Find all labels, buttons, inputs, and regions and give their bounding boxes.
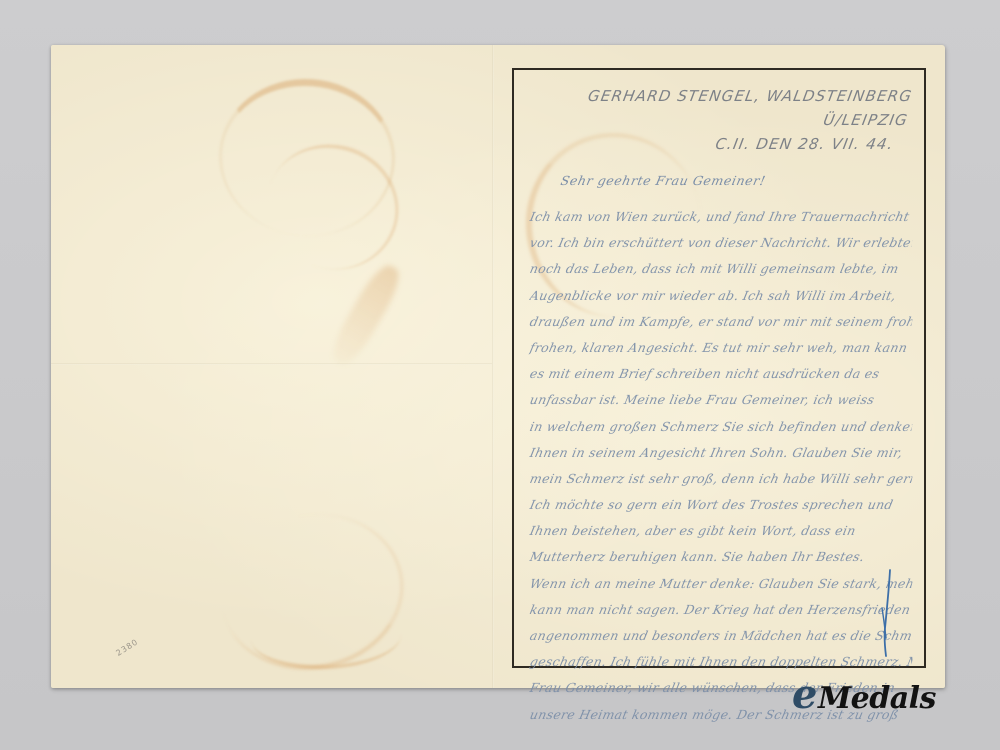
horizontal-fold-crease [51, 363, 492, 365]
body-line: Ihnen in seinem Angesicht Ihren Sohn. Gl… [527, 440, 915, 466]
coffee-stain-ring-inner [249, 126, 416, 288]
body-line: Wenn ich an meine Mutter denke: Glauben … [527, 571, 915, 597]
body-line: Ich kam von Wien zurück, und fand Ihre T… [527, 204, 915, 230]
body-line: vor. Ich bin erschüttert von dieser Nach… [527, 230, 915, 256]
body-line: unfassbar ist. Meine liebe Frau Gemeiner… [527, 387, 915, 413]
blue-pen-check-mark-icon [881, 568, 895, 658]
body-line: mein Schmerz ist sehr groß, denn ich hab… [527, 466, 915, 492]
body-line: Ich möchte so gern ein Wort des Trostes … [527, 492, 915, 518]
body-line: frohen, klaren Angesicht. Es tut mir seh… [527, 335, 915, 361]
stain-lower-ring [207, 498, 418, 687]
body-line: kann man nicht sagen. Der Krieg hat den … [527, 597, 915, 623]
vertical-fold-crease [492, 45, 494, 688]
letter-date: C.II. DEN 28. VII. 44. [508, 132, 896, 156]
pencil-inventory-number: 2380 [114, 637, 139, 658]
body-line: Augenblicke vor mir wieder ab. Ich sah W… [527, 283, 915, 309]
watermark-e: e [792, 675, 817, 715]
coffee-stain-ring [214, 73, 401, 242]
salutation: Sehr geehrte Frau Gemeiner! [556, 166, 916, 204]
letter-body: Sehr geehrte Frau Gemeiner! Ich kam von … [530, 166, 912, 728]
body-line: noch das Leben, dass ich mit Willi gemei… [527, 256, 915, 282]
body-line: draußen und im Kampfe, er stand vor mir … [527, 309, 915, 335]
stain-lower-arc [250, 602, 402, 671]
emedals-watermark-logo: e Medals [792, 675, 936, 719]
stain-streak [326, 260, 407, 370]
letter-paper: 2380 GERHARD STENGEL, WALDSTEINBERG Ü/LE… [51, 45, 945, 688]
body-line: es mit einem Brief schreiben nicht ausdr… [527, 361, 915, 387]
body-line: Mutterherz beruhigen kann. Sie haben Ihr… [527, 544, 915, 570]
body-line: Ihnen beistehen, aber es gibt kein Wort,… [527, 518, 915, 544]
body-line: geschaffen. Ich fühle mit Ihnen den dopp… [527, 649, 915, 675]
letter-border-frame: GERHARD STENGEL, WALDSTEINBERG Ü/LEIPZIG… [512, 68, 926, 668]
body-line: angenommen und besonders in Mädchen hat … [527, 623, 915, 649]
photo-stage: 2380 GERHARD STENGEL, WALDSTEINBERG Ü/LE… [0, 0, 1000, 750]
watermark-medals: Medals [818, 679, 936, 719]
body-line: in welchem großen Schmerz Sie sich befin… [527, 414, 915, 440]
sender-address: GERHARD STENGEL, WALDSTEINBERG Ü/LEIPZIG [512, 84, 914, 132]
letter-header: GERHARD STENGEL, WALDSTEINBERG Ü/LEIPZIG… [508, 84, 915, 156]
